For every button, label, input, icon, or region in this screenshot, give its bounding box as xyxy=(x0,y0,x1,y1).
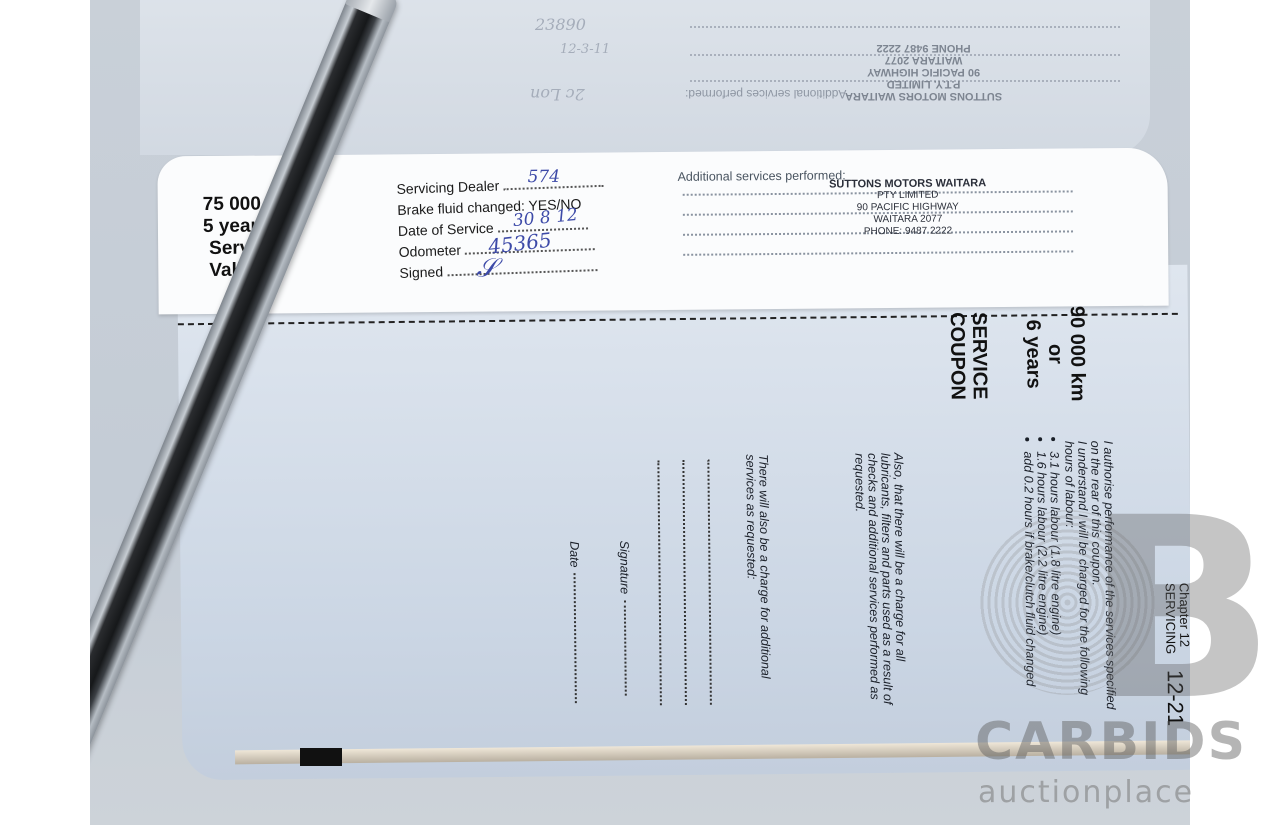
handwritten-signature: 𝒮 xyxy=(476,253,496,284)
dotted-line xyxy=(657,460,662,705)
mirrored-label: Additional services performed: xyxy=(685,87,846,101)
faded-handwriting: 2c Lon xyxy=(530,85,585,104)
faded-handwriting: 23890 xyxy=(535,15,586,34)
handwritten-dealer: 574 xyxy=(527,167,560,187)
page-tab-marker xyxy=(300,748,342,766)
charge-text: Also, that there will be a charge for al… xyxy=(852,453,907,709)
dotted-line xyxy=(683,250,1073,255)
signature-label: Signature xyxy=(617,541,631,595)
dotted-line xyxy=(707,460,712,705)
watermark-logo: B xyxy=(1085,505,1276,715)
date-line[interactable] xyxy=(574,573,577,703)
coupon-fields: Servicing Dealer Brake fluid changed: YE… xyxy=(396,172,606,284)
photo: Additional services performed: SUTTONS M… xyxy=(90,0,1190,825)
dealer-stamp: SUTTONS MOTORS WAITARA PTY LIMITED 90 PA… xyxy=(798,177,1019,239)
left-margin xyxy=(0,0,90,825)
date-label: Date xyxy=(567,541,580,568)
faded-handwriting: 12-3-11 xyxy=(560,42,610,57)
service-coupon-heading: SERVICE COUPON xyxy=(946,312,991,400)
dotted-line xyxy=(690,26,1120,28)
watermark-tagline: auctionplace xyxy=(978,775,1194,810)
watermark-brand: CARBIDS xyxy=(975,712,1247,772)
signature-line[interactable] xyxy=(624,601,627,696)
mirrored-stamp: SUTTONS MOTORS WAITARA P.T.Y. LIMITED 90… xyxy=(845,42,1002,102)
dotted-line xyxy=(682,460,687,705)
additional-charge-text: There will also be a charge for addition… xyxy=(743,454,772,709)
service-interval-heading: 90 000 km or 6 years xyxy=(1022,306,1089,402)
